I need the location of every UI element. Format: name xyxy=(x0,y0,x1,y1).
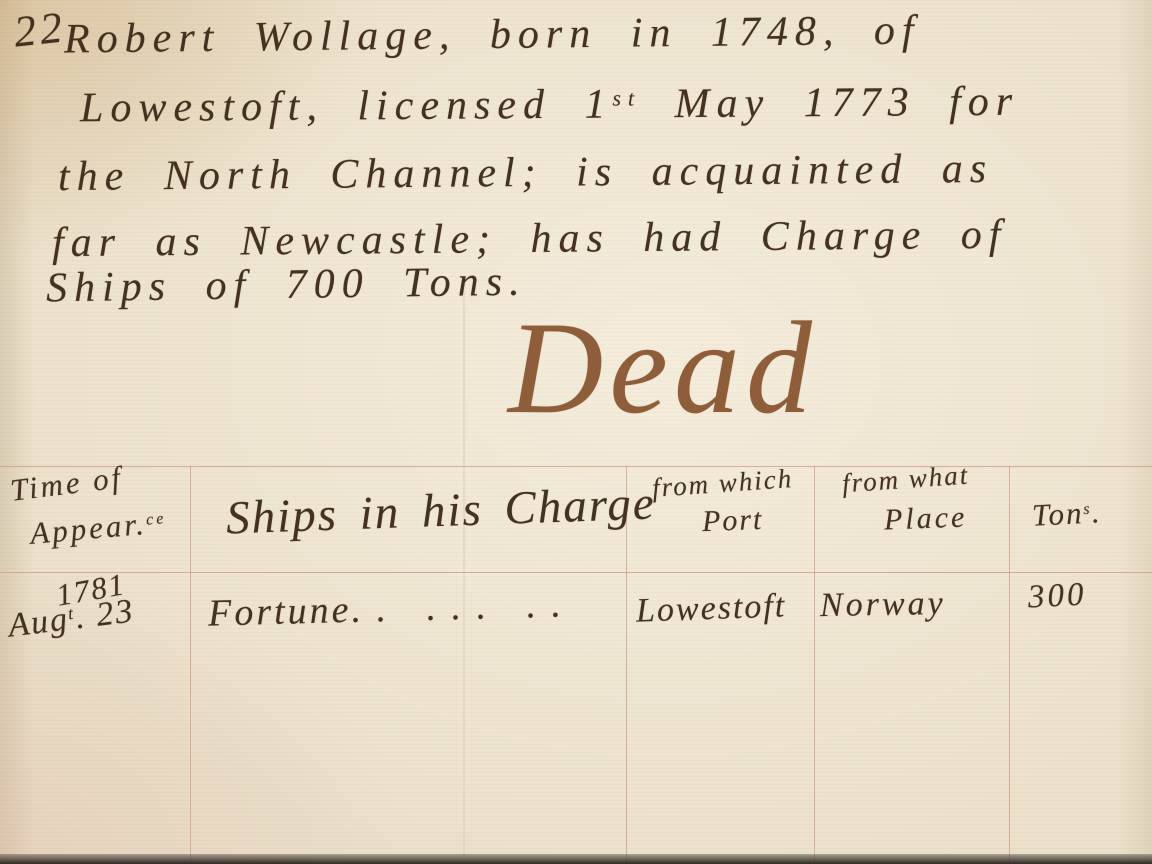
row-port: Lowestoft xyxy=(635,589,786,628)
header-port-line2: Port xyxy=(701,505,763,537)
row-date-day-text-after: . 23 xyxy=(73,592,136,636)
body-line-5: Ships of 700 Tons. xyxy=(46,261,527,310)
body-line-1-text: Robert Wollage, born in 1748, of xyxy=(64,8,921,63)
body-line-4-text: far as Newcastle; has had Charge of xyxy=(52,212,1008,266)
body-line-3-text: the North Channel; is acquainted as xyxy=(58,146,994,200)
row-date-day-text: Aug xyxy=(6,600,71,644)
row-place: Norway xyxy=(820,587,946,623)
header-appearance-superscript: ce xyxy=(145,510,167,529)
header-tons-text: Ton xyxy=(1031,495,1084,533)
header-ships-in-charge: Ships in his Charge xyxy=(225,481,656,543)
header-appearance: Appear.ce xyxy=(29,506,168,549)
table-header-bottom-rule xyxy=(0,572,1152,573)
manuscript-page: 22 Robert Wollage, born in 1748, of Lowe… xyxy=(0,0,1152,864)
header-time-of: Time of xyxy=(9,461,125,506)
paper-crease xyxy=(463,290,465,864)
header-tons-superscript: s xyxy=(1083,501,1092,518)
entry-number: 22 xyxy=(12,5,68,54)
header-tons-text-after: . xyxy=(1091,494,1103,529)
column-rule-4 xyxy=(1009,466,1010,864)
body-line-2-text: Lowestoft, licensed 1 xyxy=(80,82,613,132)
table-top-rule xyxy=(0,466,1152,467)
column-rule-3 xyxy=(814,466,815,864)
header-appearance-text: Appear. xyxy=(29,506,148,551)
body-line-1: Robert Wollage, born in 1748, of xyxy=(64,10,921,61)
row-tons: 300 xyxy=(1027,578,1087,614)
body-line-2: Lowestoft, licensed 1st May 1773 for xyxy=(80,81,1019,130)
header-port-line1: from which xyxy=(651,465,794,502)
body-line-2-superscript: st xyxy=(612,86,641,110)
page-bottom-edge-shadow xyxy=(0,854,1152,864)
header-place-line2: Place xyxy=(884,503,968,536)
column-rule-1 xyxy=(190,466,191,864)
body-line-4: far as Newcastle; has had Charge of xyxy=(52,214,1008,264)
body-line-5-text: Ships of 700 Tons. xyxy=(46,259,527,312)
header-place-line1: from what xyxy=(841,462,970,498)
status-annotation: Dead xyxy=(508,302,818,434)
body-line-3: the North Channel; is acquainted as xyxy=(58,148,993,198)
header-tons: Tons. xyxy=(1031,496,1102,531)
row-date-day: Augt. 23 xyxy=(6,594,136,643)
body-line-2-text-after: May 1773 for xyxy=(641,79,1019,128)
row-ship-name: Fortune. . . . . . . xyxy=(208,585,565,632)
